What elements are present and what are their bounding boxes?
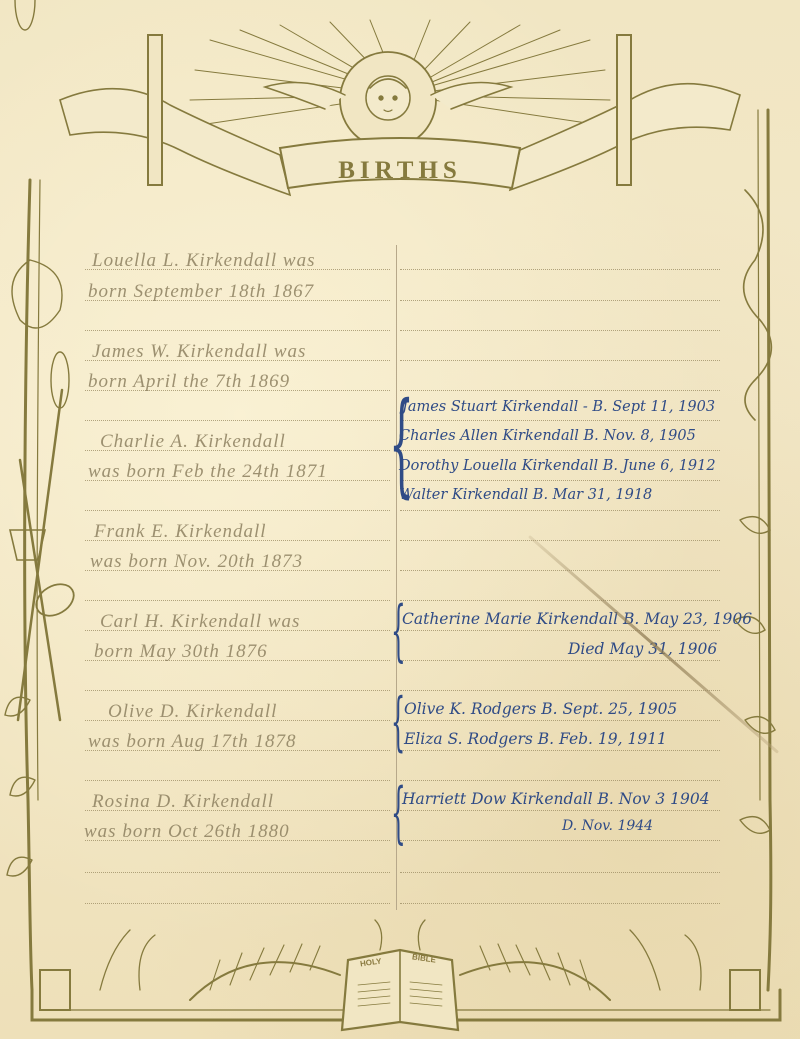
entry-line: born September 18th 1867 xyxy=(88,281,314,303)
entry-line: born May 30th 1876 xyxy=(94,641,268,663)
entry-line: D. Nov. 1944 xyxy=(562,818,653,834)
entry-line: Catherine Marie Kirkendall B. May 23, 19… xyxy=(402,610,752,628)
decorative-border-illustration xyxy=(0,0,800,1039)
entry-line: Eliza S. Rodgers B. Feb. 19, 1911 xyxy=(404,730,667,748)
entry-line: Charlie A. Kirkendall xyxy=(100,431,286,453)
entry-line: Olive K. Rodgers B. Sept. 25, 1905 xyxy=(404,700,677,718)
entry-line: Charles Allen Kirkendall B. Nov. 8, 1905 xyxy=(399,428,696,444)
entry-line: Frank E. Kirkendall xyxy=(94,521,267,543)
entry-line: Dorothy Louella Kirkendall B. June 6, 19… xyxy=(399,458,716,474)
entry-line: Died May 31, 1906 xyxy=(568,640,717,658)
entry-line: was born Nov. 20th 1873 xyxy=(90,551,303,573)
brace-icon: { xyxy=(391,598,406,664)
entry-line: Carl H. Kirkendall was xyxy=(100,611,300,633)
entry-line: was born Feb the 24th 1871 xyxy=(88,461,328,483)
entry-line: was born Aug 17th 1878 xyxy=(88,731,297,753)
births-register-page: BIRTHS xyxy=(0,0,800,1039)
entry-line: Harriett Dow Kirkendall B. Nov 3 1904 xyxy=(402,790,710,808)
entry-line: Olive D. Kirkendall xyxy=(108,701,277,723)
entry-line: James W. Kirkendall was xyxy=(92,341,306,363)
entry-line: Louella L. Kirkendall was xyxy=(92,250,315,272)
entry-line: Walter Kirkendall B. Mar 31, 1918 xyxy=(399,487,652,503)
page-title: BIRTHS xyxy=(0,157,800,185)
entry-line: was born Oct 26th 1880 xyxy=(84,821,290,843)
entry-line: James Stuart Kirkendall - B. Sept 11, 19… xyxy=(402,399,715,415)
entry-line: born April the 7th 1869 xyxy=(88,371,290,393)
entry-line: Rosina D. Kirkendall xyxy=(92,791,274,813)
cherub-face-icon xyxy=(366,76,410,120)
